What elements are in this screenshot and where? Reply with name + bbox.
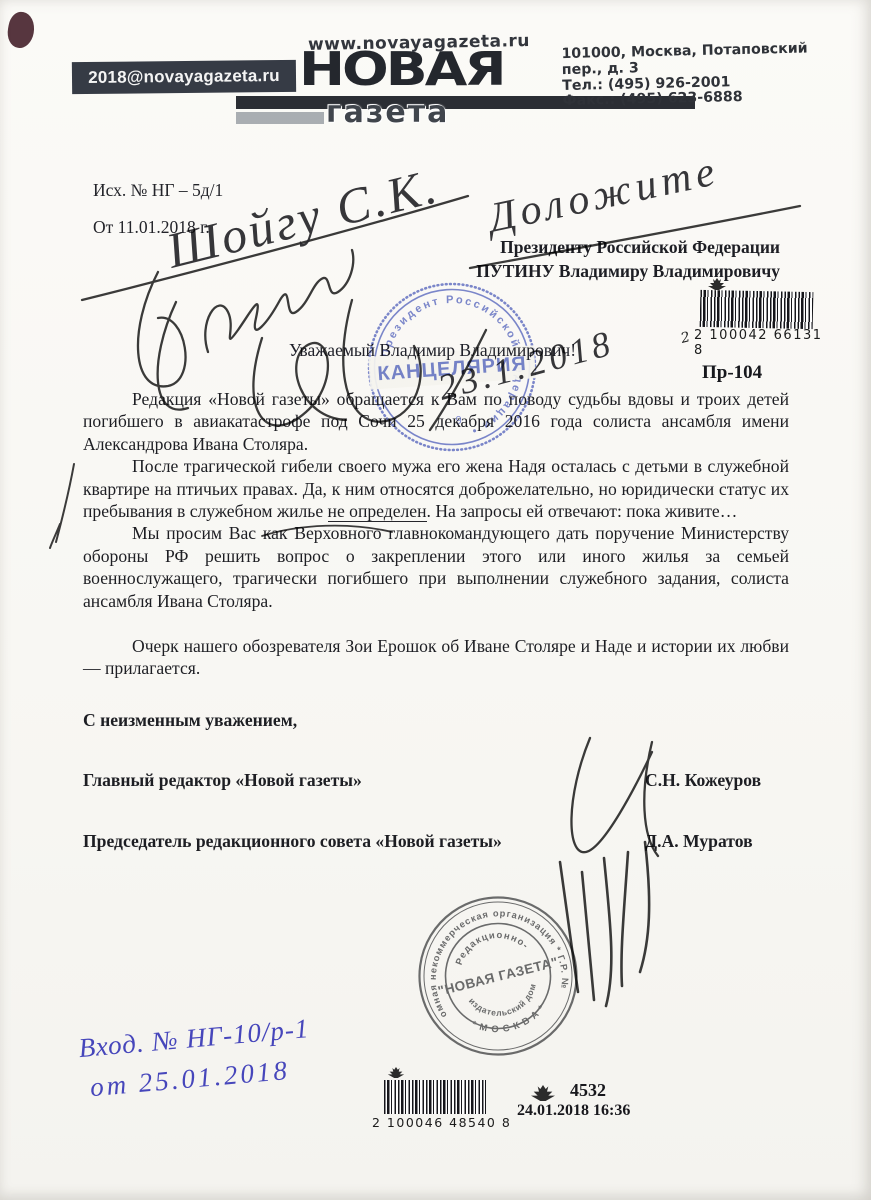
outgoing-date: От 11.01.2018 г. [93,209,223,246]
eagle-emblem-icon [706,278,728,290]
scan-artifact-blob [5,10,37,50]
paragraph-3: Мы просим Вас как Верховного главнокоман… [83,522,789,612]
paragraph-2-end: . На запросы ей отвечают: пока живите… [427,501,738,521]
margin-check-mark [50,464,74,548]
contact-fax: Факс.: (495) 623-6888 [562,88,832,110]
registration-datetime: 24.01.2018 16:36 [517,1102,630,1120]
paragraph-1: Редакция «Новой газеты» обращается к Вам… [83,388,789,455]
closing-line: С неизменным уважением, [83,710,297,731]
reference-block: Исх. № НГ – 5д/1 От 11.01.2018 г. [93,172,223,246]
email-badge: 2018@novayagazeta.ru [72,60,296,94]
paragraph-4: Очерк нашего обозревателя Зои Ерошок об … [83,635,789,680]
signatory2-title: Председатель редакционного совета «Новой… [83,831,502,852]
incoming-registration-note: Вход. № НГ-10/р-1 от 25.01.2018 [77,1008,314,1108]
barcode-top [700,290,814,329]
barcode-top-lead-digit: 2 [679,329,692,347]
flourish-left [138,272,186,386]
eagle-emblem-icon [528,1085,558,1101]
resolution-instruction-text: Доложите [481,148,724,243]
eagle-emblem-icon [386,1067,406,1078]
paragraph-2-underlined: не определен [328,501,427,522]
resolution-scribble [205,250,353,352]
addressee-line1: Президенту Российской Федерации [430,235,780,259]
outgoing-number: Исх. № НГ – 5д/1 [93,172,223,209]
organization-round-stamp: Автономная некоммерческая организация * … [377,855,619,1097]
logo-gray-bar [236,112,324,124]
barcode-bottom [384,1080,486,1114]
scanned-letter-page: 2018@novayagazeta.ru www.novayagazeta.ru… [0,0,871,1200]
logo-novaya: НОВАЯ [299,46,504,93]
signatory1-name: С.Н. Кожеуров [645,770,761,791]
barcode-bottom-number: 2 100046 48540 8 [372,1115,512,1130]
signatory1-title: Главный редактор «Новой газеты» [83,770,362,791]
signatory2-name: Д.А. Муратов [645,831,753,852]
logo-gazeta: газета [326,98,449,128]
registration-number: 4532 [570,1080,606,1101]
kozheurov-signature [571,738,652,852]
paragraph-2: После трагической гибели своего мужа его… [83,455,789,522]
presidential-index: Пр-104 [702,362,762,384]
contact-block: 101000, Москва, Потаповский пер., д. 3 Т… [561,41,832,110]
letter-body: Редакция «Новой газеты» обращается к Вам… [83,388,789,680]
barcode-top-number: 2 100042 66131 8 [694,328,824,358]
